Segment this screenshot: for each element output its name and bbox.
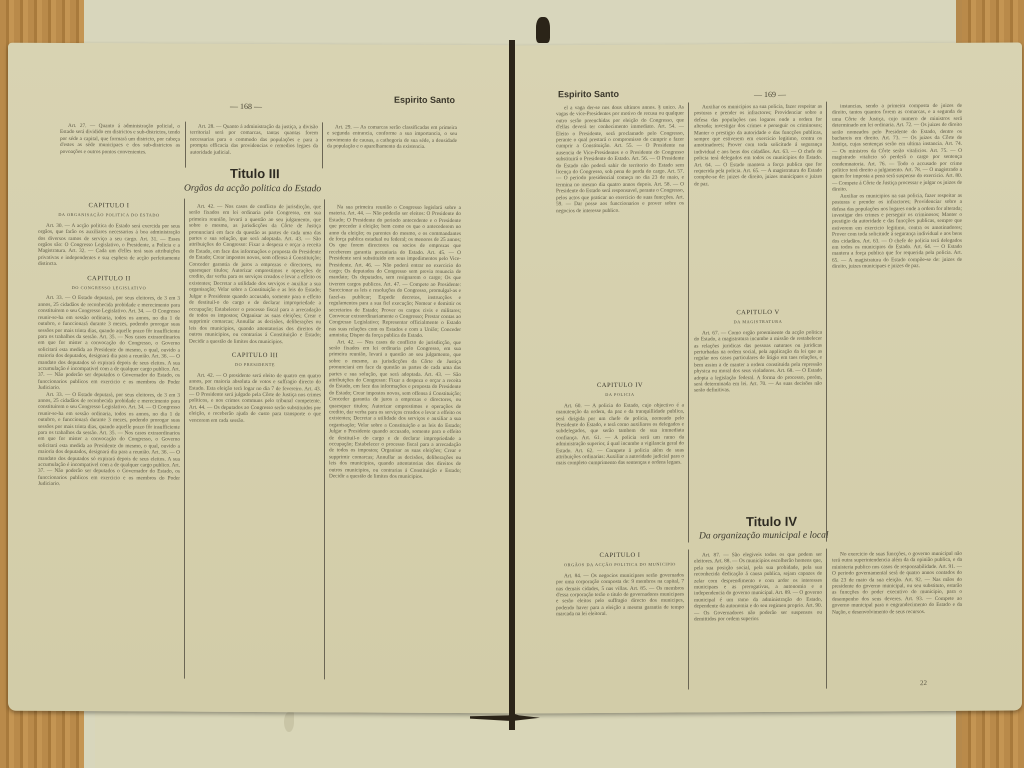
- middle-column-lower: CAPITULO V Da Magistratura Art. 67. — Co…: [694, 302, 822, 533]
- column-rule: [324, 199, 325, 679]
- spine-tear-top: [536, 17, 550, 43]
- chapter-title: CAPITULO V: [694, 310, 822, 317]
- column-rule: [688, 102, 689, 542]
- chapter-subtitle: Orgãos da acção politica do Municipio: [556, 562, 684, 569]
- municipio-column: CAPITULO I Orgãos da acção politica do M…: [556, 545, 684, 686]
- top-column-2: Art. 28. — Quanto á administração da jus…: [190, 124, 318, 167]
- titulo-heading: Titulo III: [230, 166, 280, 181]
- top-column-1: Art. 27. — Quanto á administração polici…: [60, 123, 180, 166]
- chapter-subtitle: Da Policia: [556, 392, 684, 399]
- column-rule: [185, 122, 186, 168]
- left-page: — 168 — Espirito Santo Art. 27. — Quanto…: [8, 43, 511, 714]
- running-header: Espirito Santo: [558, 89, 619, 99]
- book-spine: [509, 40, 515, 730]
- right-column: Na sua primeira reunião o Congresso legi…: [329, 204, 461, 685]
- right-column: instancias, sendo a primeira composta de…: [832, 103, 962, 524]
- left-column-lower: CAPITULO IV Da Policia Art. 60. — A poli…: [556, 375, 684, 546]
- titulo-right-column: No exercicio de suas funcções, o governo…: [832, 551, 962, 672]
- chapter-subtitle: Do Presidente: [189, 362, 321, 369]
- chapter-title: CAPITULO I: [556, 553, 684, 560]
- chapter-title: CAPITULO I: [38, 203, 180, 210]
- middle-column: Auxiliar os municipios na sua policia, f…: [694, 104, 822, 300]
- left-column: el a vaga der-se nos dous ultimos annos.…: [556, 105, 684, 376]
- signature-folio: 22: [920, 679, 927, 687]
- column-rule: [688, 549, 689, 689]
- chapter-subtitle: Da organisação politica do Estado: [38, 212, 180, 219]
- paper-tear: [284, 712, 294, 732]
- right-page: Espirito Santo — 169 — el a vaga der-se …: [514, 42, 1022, 713]
- column-rule: [826, 549, 827, 689]
- titulo-subheading: Da organização municipal e local: [699, 531, 828, 542]
- titulo-left-column: Art. 87. — São elegiveis todos os que po…: [694, 552, 822, 688]
- top-column-3: Art. 29. — As comarcas serão classificad…: [327, 124, 457, 167]
- column-rule: [322, 122, 323, 168]
- chapter-subtitle: Da Magistratura: [694, 319, 822, 326]
- column-rule: [184, 199, 185, 679]
- running-header: Espirito Santo: [394, 95, 455, 105]
- titulo-subheading: Orgãos da acção politica do Estado: [184, 184, 321, 195]
- middle-column: Art. 42. — Nos casos de conflicto de jur…: [189, 204, 321, 685]
- page-number: — 168 —: [230, 102, 262, 111]
- chapter-subtitle: Do Congresso Legislativo: [38, 285, 180, 292]
- chapter-title: CAPITULO III: [189, 353, 321, 360]
- page-number: — 169 —: [754, 90, 786, 99]
- left-column: CAPITULO I Da organisação politica do Es…: [38, 195, 180, 686]
- chapter-title: CAPITULO IV: [556, 383, 684, 390]
- titulo-heading: Titulo IV: [746, 514, 797, 529]
- column-rule: [826, 102, 827, 542]
- chapter-title: CAPITULO II: [38, 275, 180, 282]
